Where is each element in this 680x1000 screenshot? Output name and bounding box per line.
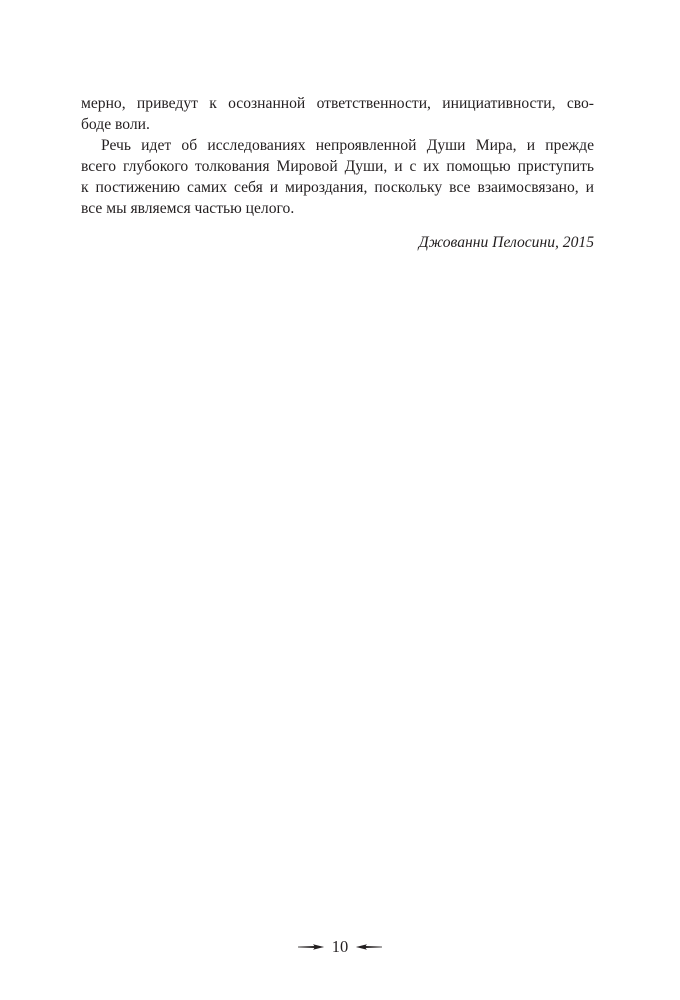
paragraph-2: Речь идет об исследованиях непроявленной… xyxy=(81,135,594,219)
arrow-right-ornament-icon xyxy=(298,943,324,951)
paragraph-1-line-1: мерно, приведут к осознанной ответственн… xyxy=(81,93,594,114)
paragraph-1: мерно, приведут к осознанной ответственн… xyxy=(81,93,594,135)
paragraph-2-line-2: всего глубокого толкования Мировой Души,… xyxy=(81,156,594,177)
page-number: 10 xyxy=(332,937,349,957)
paragraph-2-line-1: Речь идет об исследованиях непроявленной… xyxy=(81,135,594,156)
author-signature: Джованни Пелосини, 2015 xyxy=(81,232,594,253)
paragraph-2-line-3: к постижению самих себя и мироздания, по… xyxy=(81,177,594,198)
page-body: мерно, приведут к осознанной ответственн… xyxy=(81,93,594,253)
arrow-left-ornament-icon xyxy=(356,943,382,951)
paragraph-2-line-4: все мы являемся частью целого. xyxy=(81,198,594,219)
page-footer: 10 xyxy=(0,937,680,957)
paragraph-1-line-2: боде воли. xyxy=(81,114,594,135)
